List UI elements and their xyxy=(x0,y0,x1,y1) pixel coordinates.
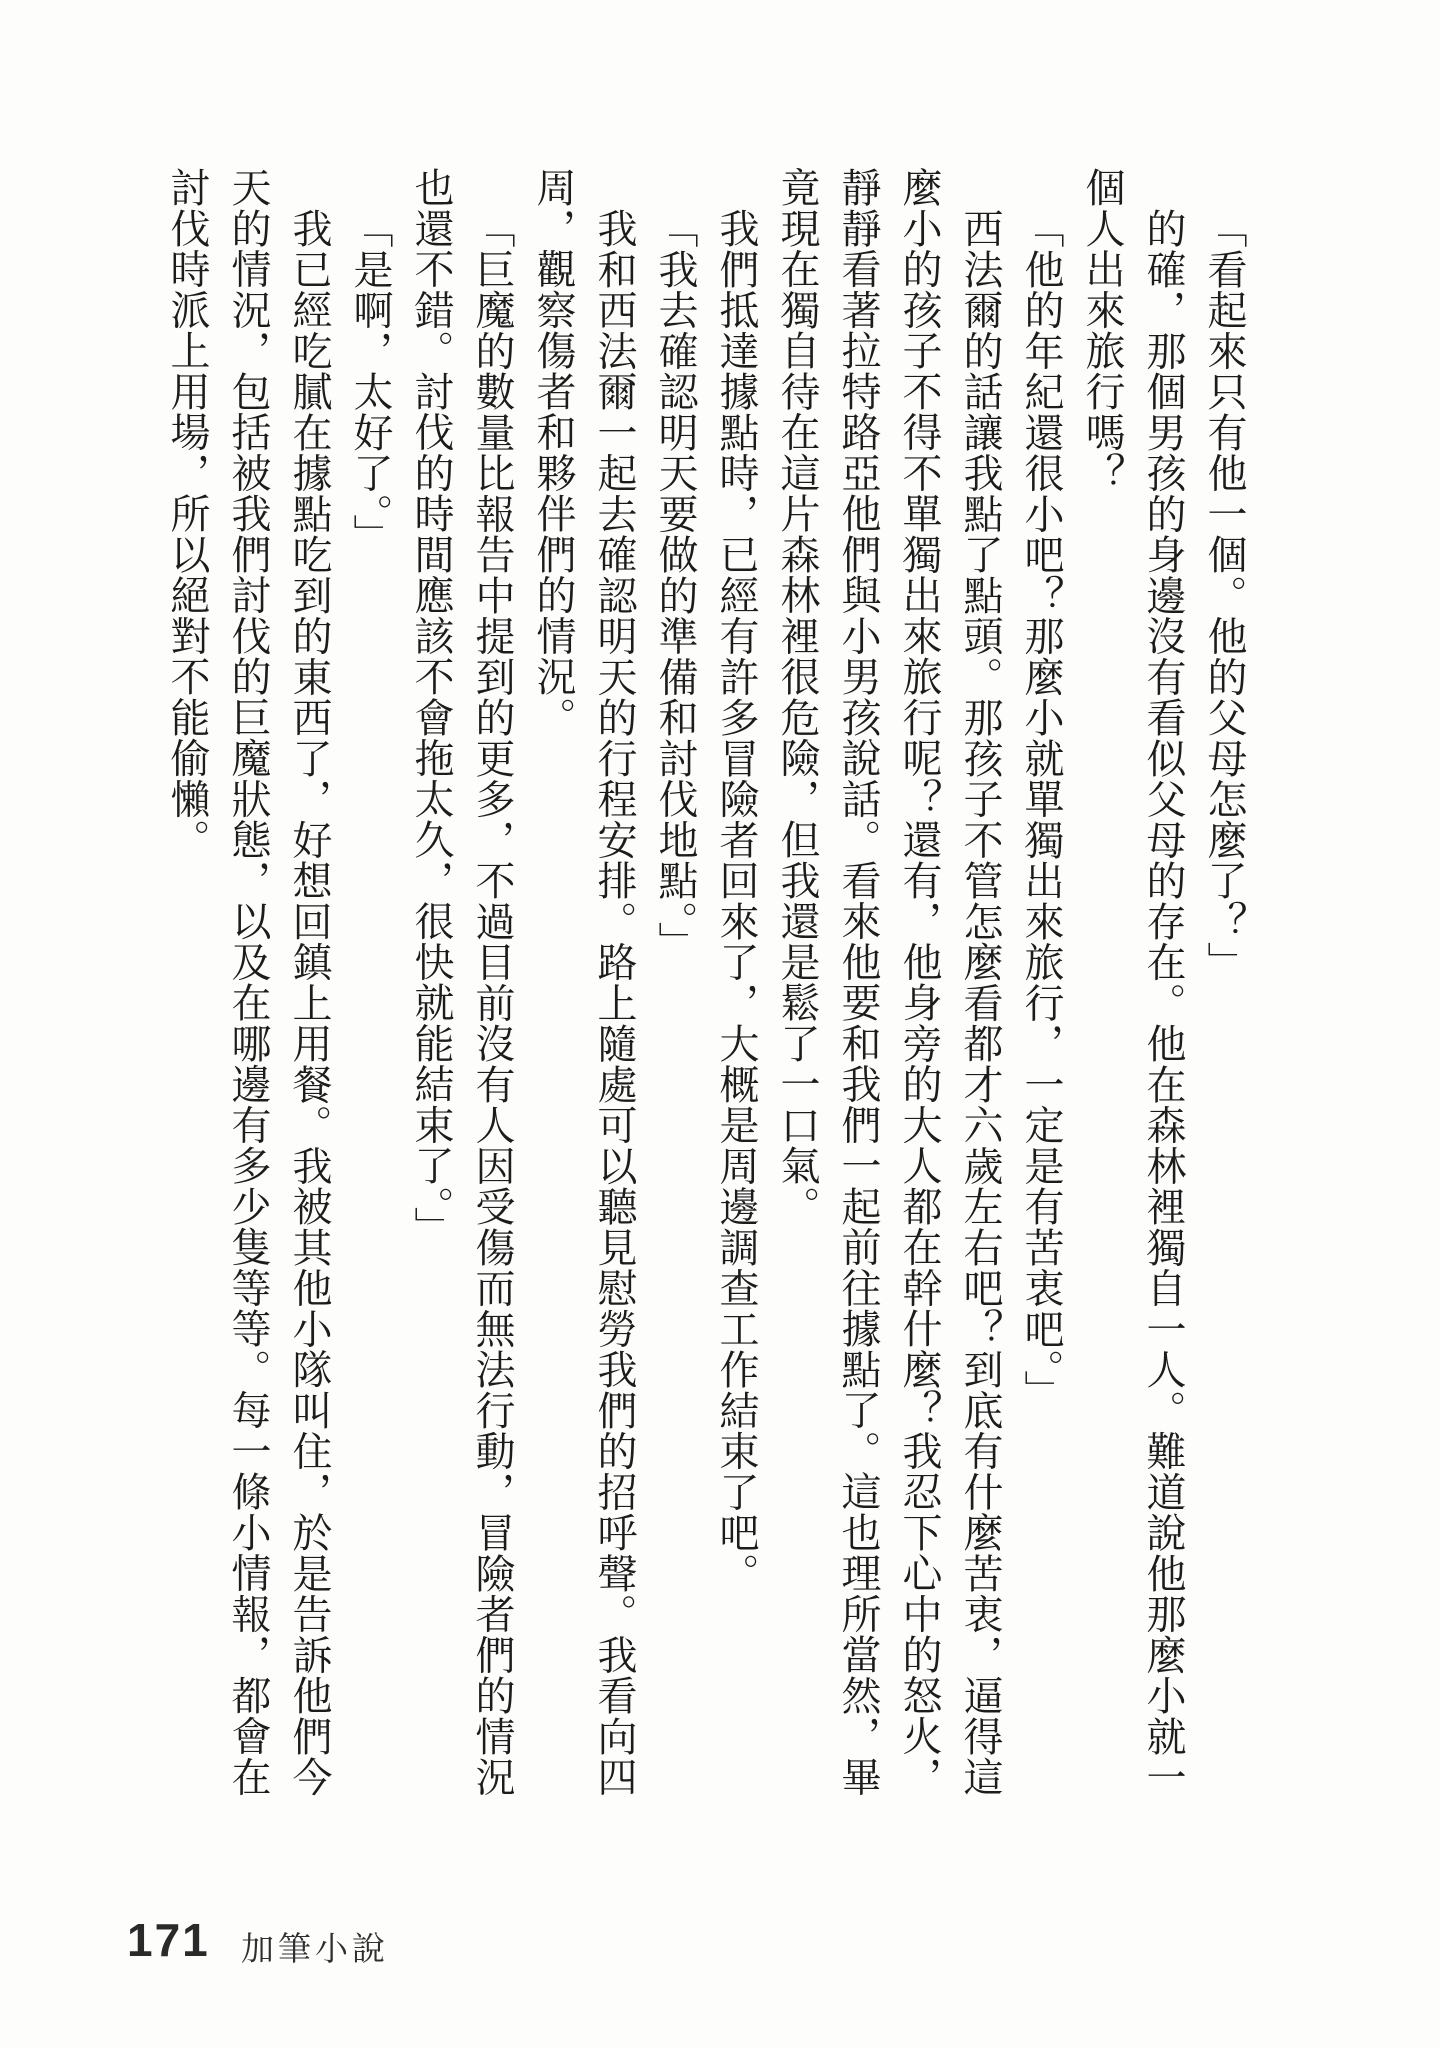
page-number: 171 xyxy=(127,1913,210,1967)
novel-paragraph: 我已經吃膩在據點吃到的東西了，好想回鎮上用餐。我被其他小隊叫住，於是告訴他們今天… xyxy=(157,167,340,1797)
page-footer: 171 加筆小說 xyxy=(0,1905,1440,1985)
novel-paragraph: 我們抵達據點時，已經有許多冒險者回來了，大概是周邊調查工作結束了吧。 xyxy=(706,167,767,1797)
novel-paragraph: 「我去確認明天要做的準備和討伐地點。」 xyxy=(645,167,706,1797)
novel-paragraph: 「看起來只有他一個。他的父母怎麼了？」 xyxy=(1194,167,1255,1797)
novel-paragraph: 「他的年紀還很小吧？那麼小就單獨出來旅行，一定是有苦衷吧。」 xyxy=(1011,167,1072,1797)
novel-paragraph: 「巨魔的數量比報告中提到的更多，不過目前沒有人因受傷而無法行動，冒險者們的情況也… xyxy=(401,167,523,1797)
novel-paragraph: 的確，那個男孩的身邊沒有看似父母的存在。他在森林裡獨自一人。難道說他那麼小就一個… xyxy=(1072,167,1194,1797)
novel-paragraph: 西法爾的話讓我點了點頭。那孩子不管怎麼看都才六歲左右吧？到底有什麼苦衷，逼得這麼… xyxy=(767,167,1011,1797)
section-title: 加筆小說 xyxy=(241,1923,389,1970)
novel-paragraph: 「是啊，太好了。」 xyxy=(340,167,401,1797)
novel-text-block: 「看起來只有他一個。他的父母怎麼了？」 的確，那個男孩的身邊沒有看似父母的存在。… xyxy=(157,167,1255,1797)
novel-paragraph: 我和西法爾一起去確認明天的行程安排。路上隨處可以聽見慰勞我們的招呼聲。我看向四周… xyxy=(523,167,645,1797)
book-page: 「看起來只有他一個。他的父母怎麼了？」 的確，那個男孩的身邊沒有看似父母的存在。… xyxy=(0,0,1440,2048)
